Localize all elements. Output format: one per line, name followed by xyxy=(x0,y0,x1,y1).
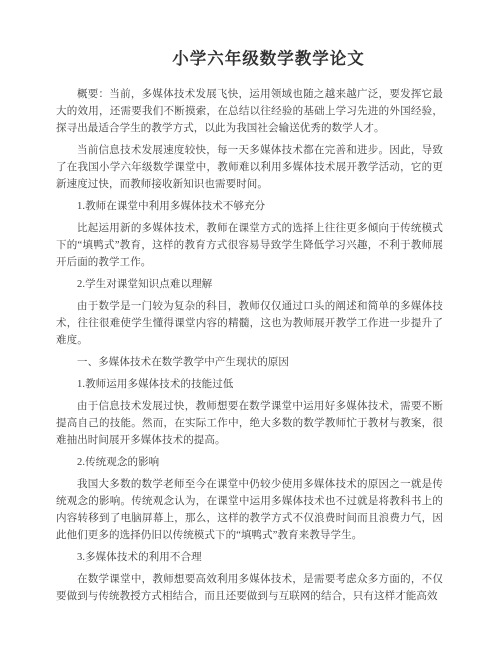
section-heading-1-3: 3.多媒体技术的利用不合理 xyxy=(56,549,443,566)
paragraph: 由于数学是一门较为复杂的科目，教师仅仅通过口头的阐述和简单的多媒体技术，往往很难… xyxy=(56,298,443,349)
section-heading-1-2: 2.传统观念的影响 xyxy=(56,454,443,471)
chapter-heading-1: 一、多媒体技术在数学教学中产生现状的原因 xyxy=(56,354,443,371)
paragraph: 我国大多数的数学老师至今在课堂中仍较少使用多媒体技术的原因之一就是传统观念的影响… xyxy=(56,476,443,544)
section-heading-1: 1.教师在课堂中利用多媒体技术不够充分 xyxy=(56,198,443,215)
section-heading-1-1: 1.教师运用多媒体技术的技能过低 xyxy=(56,376,443,393)
paragraph-intro: 当前信息技术发展速度较快，每一天多媒体技术都在完善和进步。因此，导致了在我国小学… xyxy=(56,142,443,193)
paragraph-abstract: 概要：当前，多媒体技术发展飞快，运用领域也随之越来越广泛，要发挥它最大的效用，还… xyxy=(56,86,443,137)
paragraph: 比起运用新的多媒体技术，教师在课堂方式的选择上往往更多倾向于传统模式下的“填鸭式… xyxy=(56,220,443,271)
document-page: 小学六年级数学教学论文 概要：当前，多媒体技术发展飞快，运用领域也随之越来越广泛… xyxy=(0,0,500,647)
paragraph-truncated: 在数学课堂中，教师想要高效利用多媒体技术，是需要考虑众多方面的，不仅要做到与传统… xyxy=(56,571,443,605)
section-heading-2: 2.学生对课堂知识点难以理解 xyxy=(56,276,443,293)
document-title: 小学六年级数学教学论文 xyxy=(56,47,443,71)
paragraph: 由于信息技术发展过快，教师想要在数学课堂中运用好多媒体技术，需要不断提高自己的技… xyxy=(56,398,443,449)
